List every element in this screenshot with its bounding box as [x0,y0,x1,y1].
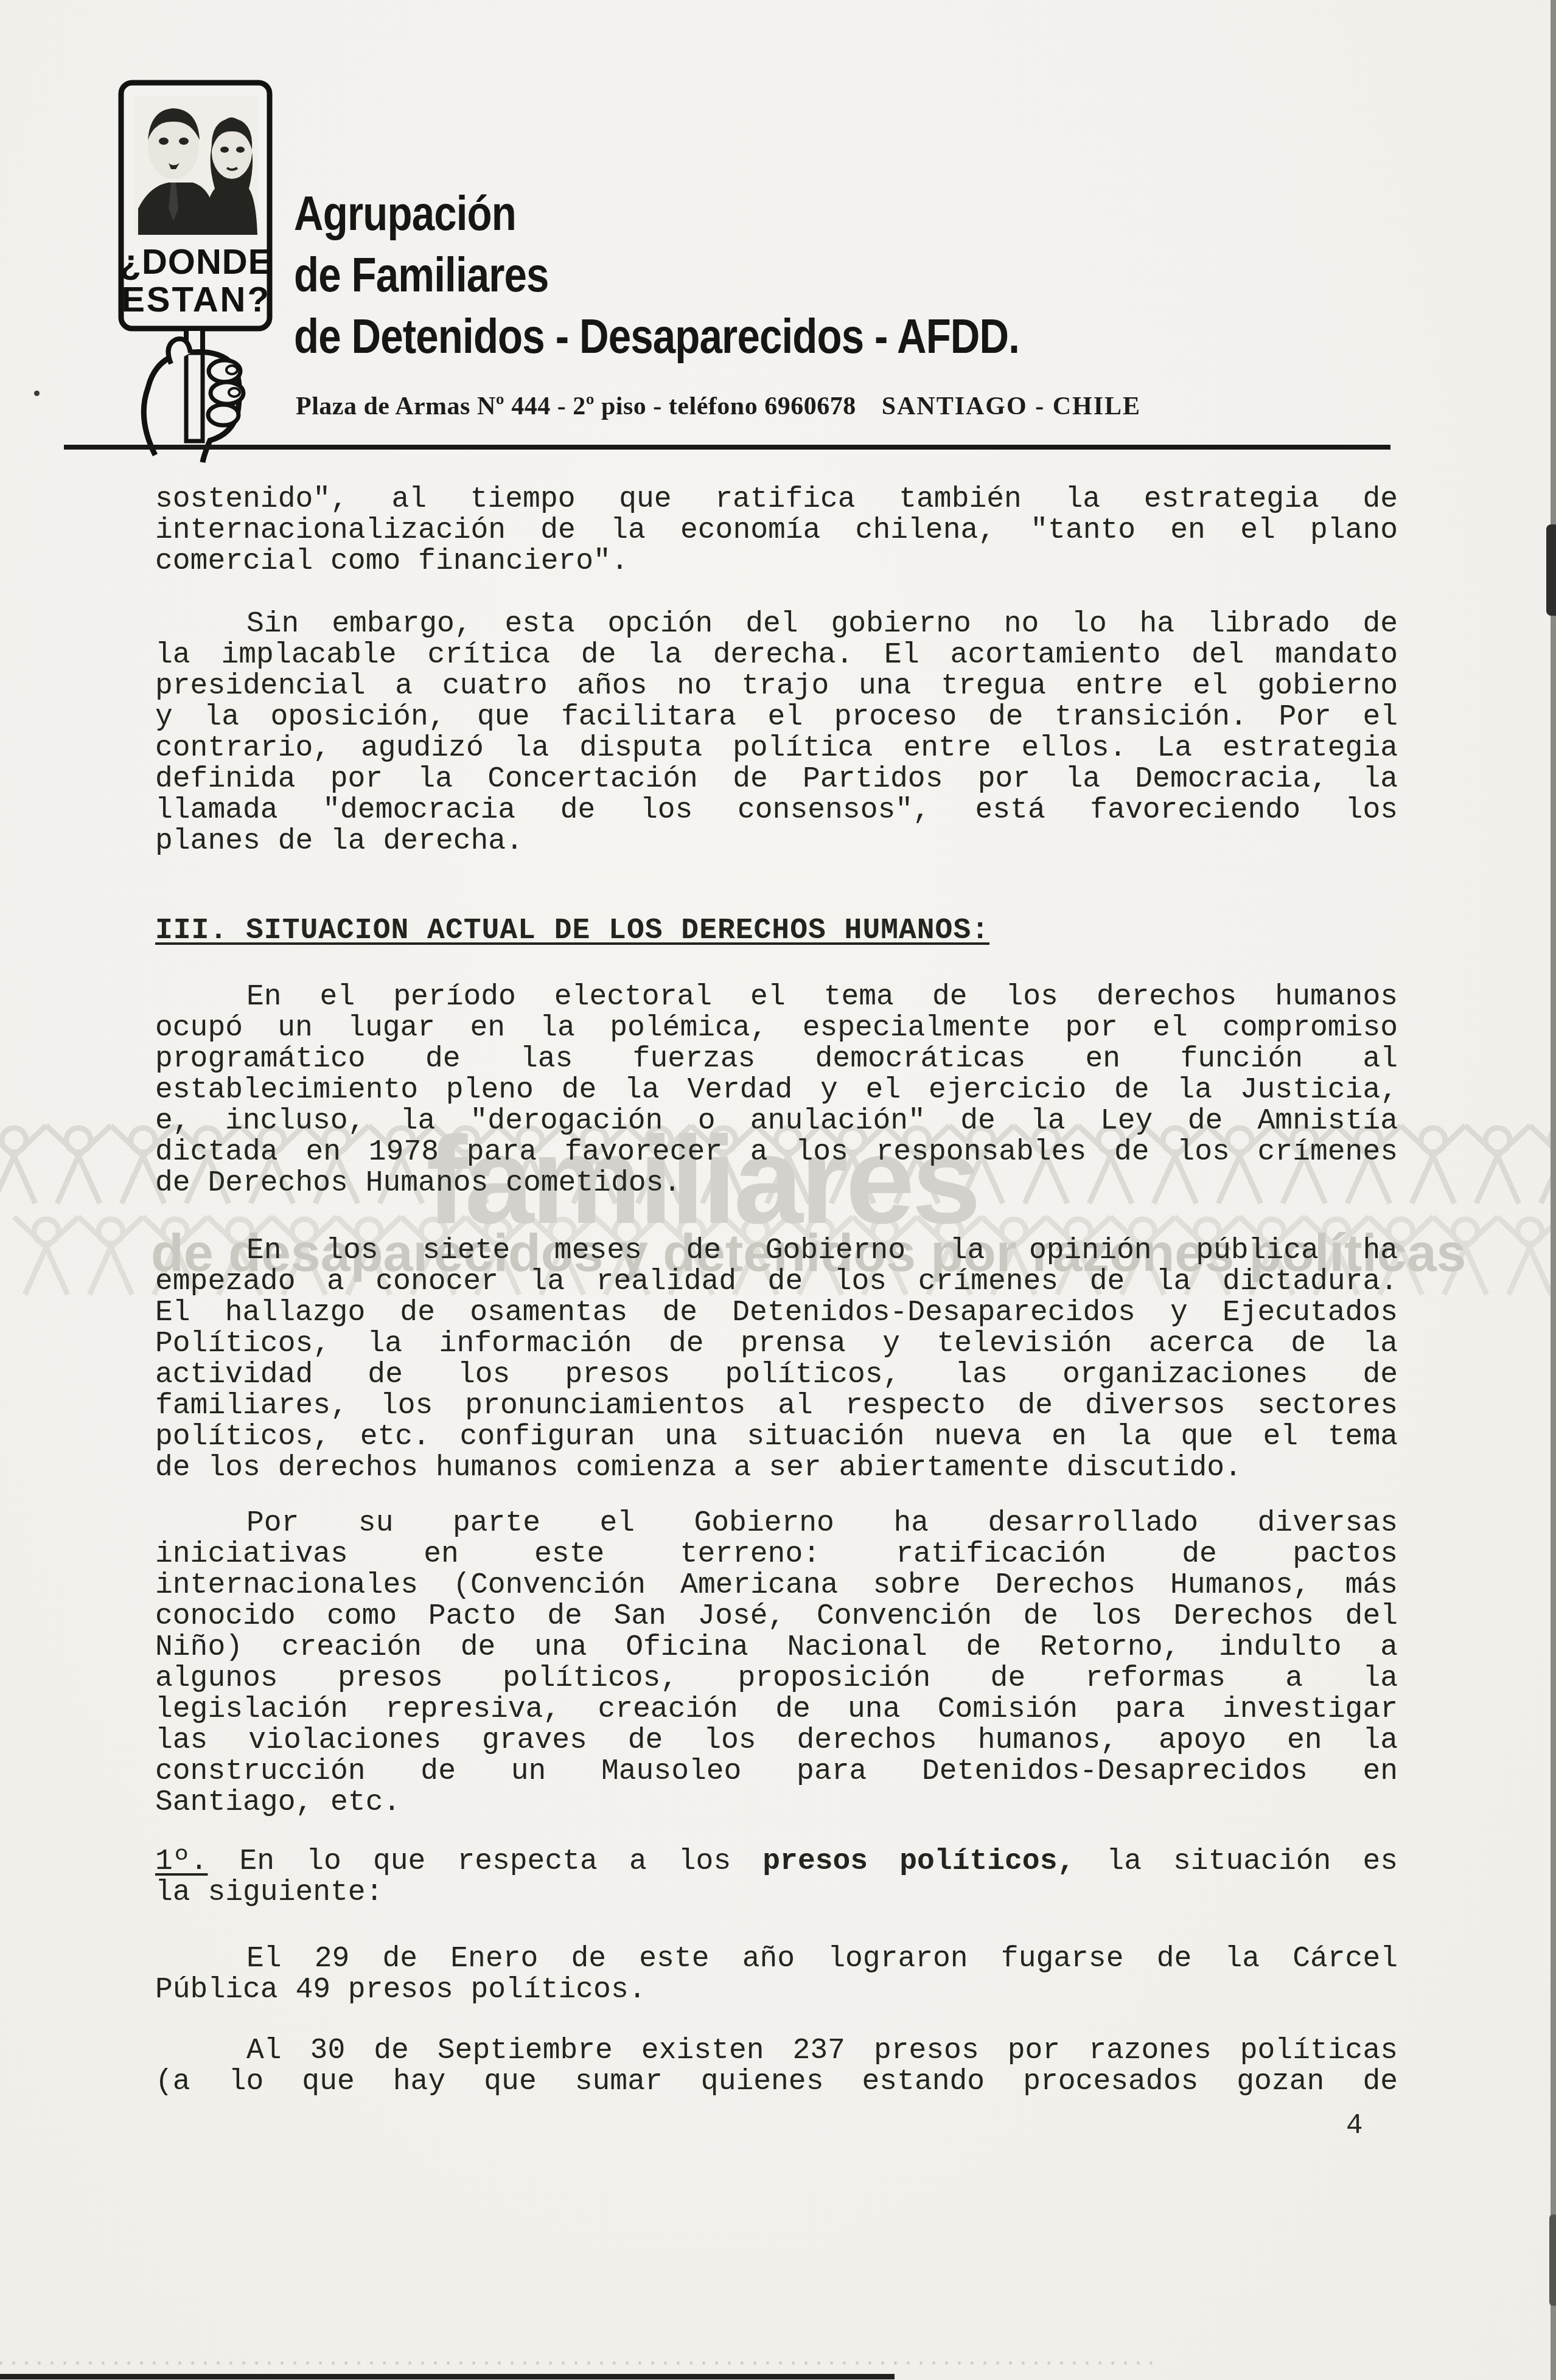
text-line: Al 30 de Septiembre existen 237 presos p… [155,2036,1398,2067]
scan-speck [34,391,40,396]
paragraph-6: 1º. En lo que respecta a los presos polí… [155,1846,1398,1909]
text-line: definida por la Concertación de Partidos… [155,764,1398,795]
text-line: la implacable crítica de la derecha. El … [155,640,1398,671]
placard-text-line1: ¿DONDE [120,242,273,282]
paragraph-1: Sin embargo, esta opción del gobierno no… [155,609,1398,857]
text-line: las violaciones graves de los derechos h… [155,1725,1398,1756]
text-line: algunos presos políticos, proposición de… [155,1663,1398,1694]
city-country: SANTIAGO - CHILE [882,392,1141,420]
text-line: Por su parte el Gobierno ha desarrollado… [155,1508,1398,1539]
text-line: Sin embargo, esta opción del gobierno no… [155,609,1398,640]
text-line: Pública 49 presos políticos. [155,1975,1398,2006]
org-title-line1: Agrupación [294,183,1265,244]
text-line: y la oposición, que facilitara el proces… [155,702,1398,733]
paragraph-3: En el período electoral el tema de los d… [155,982,1398,1199]
paragraph-7: El 29 de Enero de este año lograron fuga… [155,1944,1398,2006]
text-line: familiares, los pronunciamientos al resp… [155,1391,1398,1422]
scan-edge-bottom [0,2374,895,2379]
scanned-document-page: ¿DONDE ESTAN? Agrupación de Familiares d… [0,0,1556,2380]
text-line: 1º. En lo que respecta a los presos polí… [155,1846,1398,1877]
text-line: conocido como Pacto de San José, Convenc… [155,1601,1398,1632]
text-line: internacionalización de la economía chil… [155,515,1398,546]
scan-edge-right [1551,0,1556,2380]
header-divider [64,445,1390,450]
text-line: contrario, agudizó la disputa política e… [155,733,1398,764]
text-line: construcción de un Mausoleo para Detenid… [155,1756,1398,1787]
text-line: de Derechos Humanos cometidos. [155,1168,1398,1199]
text-line: Políticos, la información de prensa y te… [155,1329,1398,1360]
text-line: de los derechos humanos comienza a ser a… [155,1453,1398,1484]
text-line: El hallazgo de osamentas de Detenidos-De… [155,1298,1398,1329]
hand-holding-sign [144,329,243,462]
paragraph-0: sostenido", al tiempo que ratifica tambi… [155,484,1398,577]
address-line: Plaza de Armas Nº 444 - 2º piso - teléfo… [296,392,1452,421]
text-line: programático de las fuerzas democráticas… [155,1044,1398,1075]
text-line: (a lo que hay que sumar quienes estando … [155,2067,1398,2098]
page-number: 4 [1346,2110,1363,2142]
text-line: iniciativas en este terreno: ratificació… [155,1539,1398,1570]
text-line: planes de la derecha. [155,826,1398,857]
text-line: legislación represiva, creación de una C… [155,1694,1398,1725]
text-line: sostenido", al tiempo que ratifica tambi… [155,484,1398,515]
text-line: Santiago, etc. [155,1787,1398,1818]
text-line: presidencial a cuatro años no trajo una … [155,671,1398,702]
text-line: la siguiente: [155,1877,1398,1909]
afdd-logo-icon: ¿DONDE ESTAN? [113,78,315,464]
org-title-line3: de Detenidos - Desaparecidos - AFDD. [294,305,1265,367]
text-line: políticos, etc. configuran una situación… [155,1422,1398,1453]
org-title-line2: de Familiares [294,244,1265,305]
text-line: dictada en 1978 para favorecer a los res… [155,1137,1398,1168]
scan-noise-bottom [0,2362,1156,2364]
scan-edge-blob [1546,524,1556,616]
text-line: actividad de los presos políticos, las o… [155,1360,1398,1391]
street-address: Plaza de Armas Nº 444 - 2º piso - teléfo… [296,392,856,420]
text-line: comercial como financiero". [155,546,1398,577]
paragraph-5: Por su parte el Gobierno ha desarrollado… [155,1508,1398,1818]
text-line: empezado a conocer la realidad de los cr… [155,1267,1398,1298]
couple-photo [134,96,257,235]
scan-edge-blob [1549,2215,1556,2306]
text-line: ocupó un lugar en la polémica, especialm… [155,1013,1398,1044]
placard-text-line2: ESTAN? [121,280,271,319]
text-line: En los siete meses de Gobierno la opinió… [155,1236,1398,1267]
paragraph-8: Al 30 de Septiembre existen 237 presos p… [155,2036,1398,2098]
text-line: En el período electoral el tema de los d… [155,982,1398,1013]
paragraph-4: En los siete meses de Gobierno la opinió… [155,1236,1398,1484]
text-line: El 29 de Enero de este año lograron fuga… [155,1944,1398,1975]
section-heading: III. SITUACION ACTUAL DE LOS DERECHOS HU… [155,916,1398,947]
text-line: Niño) creación de una Oficina Nacional d… [155,1632,1398,1663]
text-line: internacionales (Convención Americana so… [155,1570,1398,1601]
org-title: Agrupación de Familiares de Detenidos - … [294,183,1265,367]
text-line: establecimiento pleno de la Verdad y el … [155,1075,1398,1106]
text-line: llamada "democracia de los consensos", e… [155,795,1398,826]
text-line: e, incluso, la "derogación o anulación" … [155,1106,1398,1137]
document-body: sostenido", al tiempo que ratifica tambi… [155,462,1398,2098]
